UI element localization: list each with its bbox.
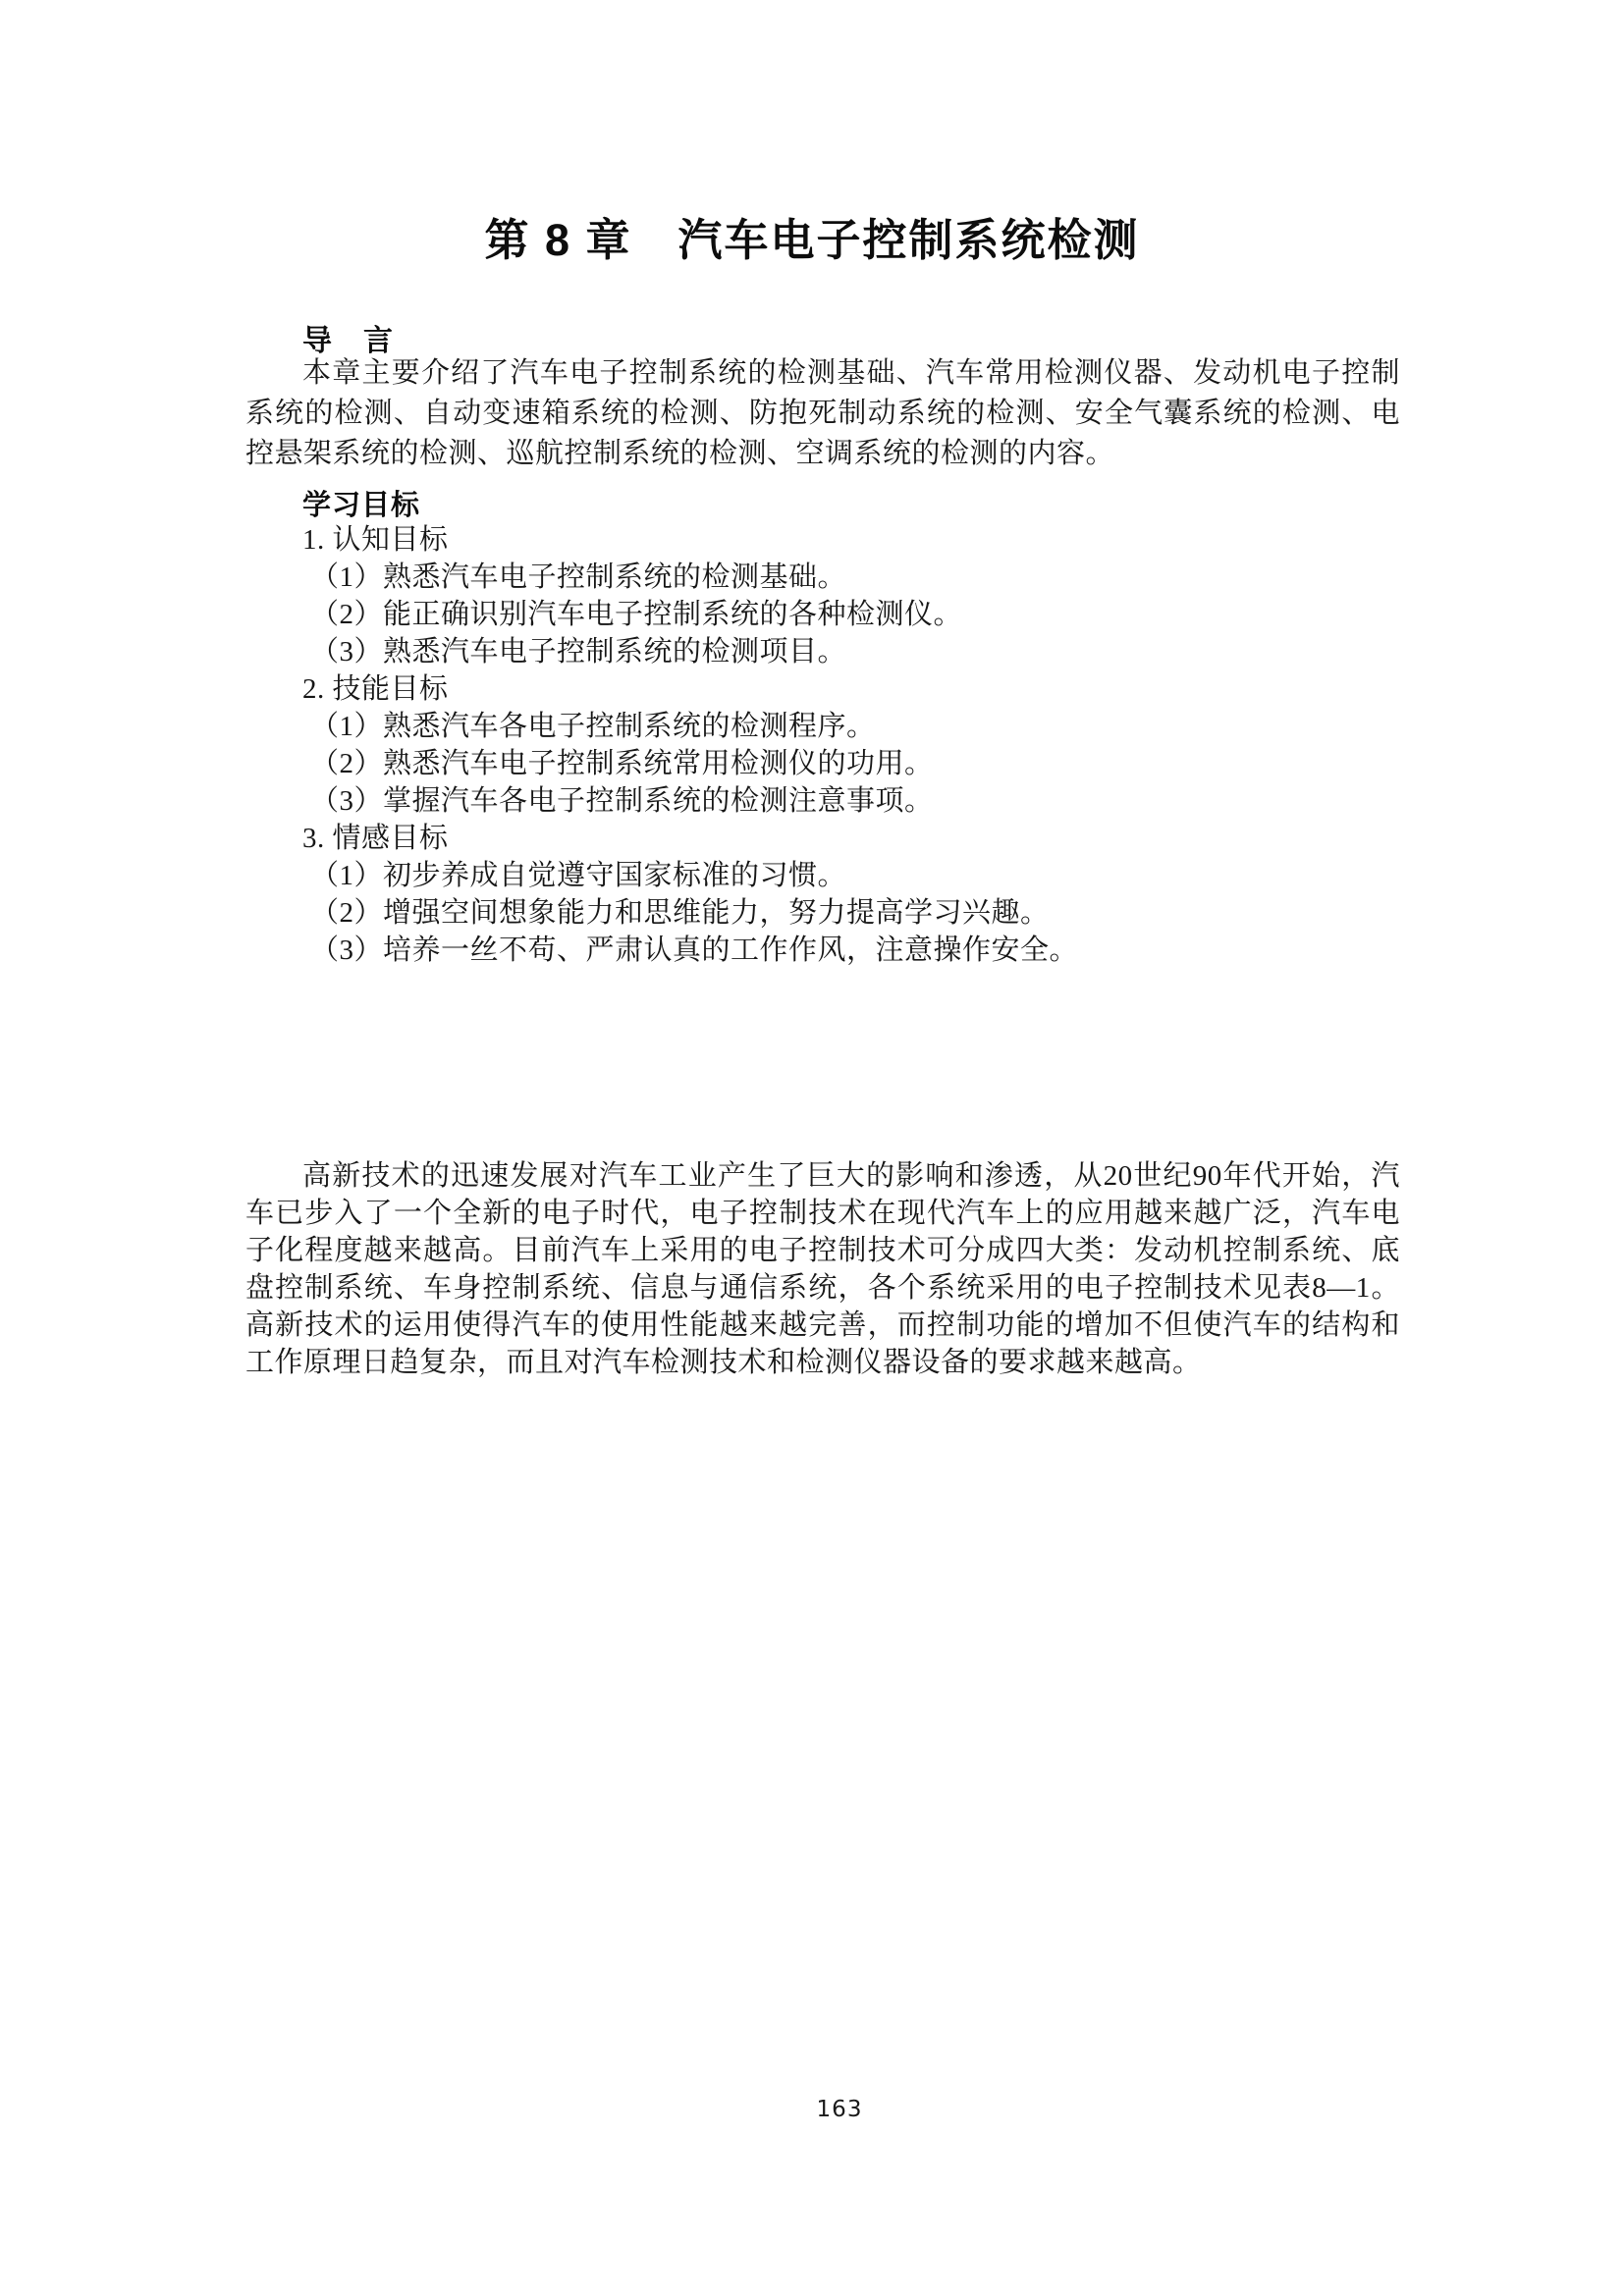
objective-group-label-cognitive: 1. 认知目标 <box>245 521 1400 559</box>
objective-item: （1）熟悉汽车电子控制系统的检测基础。 <box>245 559 1400 596</box>
document-page: 第 8 章 汽车电子控制系统检测 导 言 本章主要介绍了汽车电子控制系统的检测基… <box>0 0 1624 2296</box>
objective-item: （3）培养一丝不苟、严肃认真的工作作风，注意操作安全。 <box>245 932 1400 969</box>
objective-item: （2）能正确识别汽车电子控制系统的各种检测仪。 <box>245 596 1400 633</box>
objective-group-label-affective: 3. 情感目标 <box>245 820 1400 857</box>
chapter-title: 第 8 章 汽车电子控制系统检测 <box>0 204 1624 268</box>
page-number: 163 <box>27 2097 1624 2122</box>
objective-item: （1）熟悉汽车各电子控制系统的检测程序。 <box>245 708 1400 745</box>
objective-item: （3）熟悉汽车电子控制系统的检测项目。 <box>245 633 1400 670</box>
objective-item: （2）增强空间想象能力和思维能力，努力提高学习兴趣。 <box>245 894 1400 932</box>
objective-item: （2）熟悉汽车电子控制系统常用检测仪的功用。 <box>245 745 1400 782</box>
objective-item: （1）初步养成自觉遵守国家标准的习惯。 <box>245 857 1400 894</box>
objectives-list: 1. 认知目标 （1）熟悉汽车电子控制系统的检测基础。 （2）能正确识别汽车电子… <box>245 521 1400 969</box>
objective-group-label-skill: 2. 技能目标 <box>245 670 1400 708</box>
objectives-heading: 学习目标 <box>302 483 420 523</box>
body-paragraph: 高新技术的迅速发展对汽车工业产生了巨大的影响和渗透，从20世纪90年代开始，汽车… <box>245 1157 1400 1381</box>
objective-item: （3）掌握汽车各电子控制系统的检测注意事项。 <box>245 782 1400 820</box>
intro-paragraph: 本章主要介绍了汽车电子控制系统的检测基础、汽车常用检测仪器、发动机电子控制系统的… <box>245 353 1400 474</box>
